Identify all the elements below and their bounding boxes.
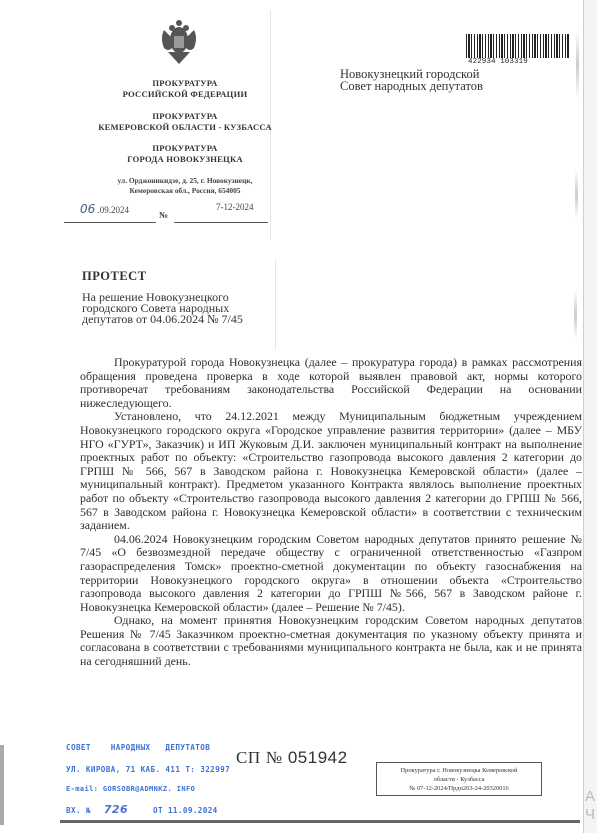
- edge-char: А: [585, 788, 595, 805]
- scan-page-edge: А Ч: [583, 0, 597, 833]
- incoming-from-label: ОТ: [153, 806, 163, 815]
- address-line: ул. Орджоникидзе, д. 25, г. Новокузнецк,: [70, 176, 300, 186]
- org-name-rf: ПРОКУРАТУРА РОССИЙСКОЙ ФЕДЕРАЦИИ: [70, 78, 300, 100]
- registration-stamp-box: Прокуратура г. Новокузнецка Кемеровской …: [376, 762, 542, 796]
- sp-number: СП № 051942: [236, 748, 348, 768]
- number-underline: [174, 222, 268, 223]
- edge-char: Ч: [585, 806, 595, 823]
- subject-line: депутатов от 04.06.2024 № 7/45: [82, 314, 282, 325]
- org-name-city: ПРОКУРАТУРА ГОРОДА НОВОКУЗНЕЦКА: [70, 143, 300, 165]
- org-line: ПРОКУРАТУРА: [70, 78, 300, 89]
- incoming-no-label: ВХ. №: [66, 806, 91, 815]
- barcode: [466, 34, 570, 58]
- incoming-stamp-registration: ВХ. № 726 ОТ 11.09.2024: [66, 803, 218, 816]
- registration-line: Прокуратура г. Новокузнецка Кемеровской: [377, 766, 541, 775]
- incoming-stamp-line: СОВЕТ НАРОДНЫХ ДЕПУТАТОВ: [66, 743, 210, 752]
- scan-smudge: [575, 170, 578, 220]
- sp-prefix: СП: [236, 748, 261, 767]
- org-line: КЕМЕРОВСКОЙ ОБЛАСТИ - КУЗБАССА: [70, 122, 300, 133]
- barcode-number: 422934 103319: [468, 58, 528, 66]
- date-underline: [64, 222, 156, 223]
- footer-divider: [60, 820, 580, 823]
- coat-of-arms-emblem: [156, 18, 202, 68]
- outgoing-number: 7-12-2024: [216, 202, 254, 212]
- handwritten-day: 06: [80, 202, 95, 216]
- org-line: ПРОКУРАТУРА: [70, 111, 300, 122]
- org-name-region: ПРОКУРАТУРА КЕМЕРОВСКОЙ ОБЛАСТИ - КУЗБАС…: [70, 111, 300, 133]
- printed-date: .09.2024: [98, 205, 130, 215]
- sp-value: 051942: [288, 748, 348, 767]
- org-line: РОССИЙСКОЙ ФЕДЕРАЦИИ: [70, 89, 300, 100]
- body-paragraph: 04.06.2024 Новокузнецким городским Совет…: [80, 533, 582, 615]
- incoming-number-handwritten: 726: [104, 803, 128, 816]
- scan-smudge: [574, 290, 577, 340]
- document-subject: На решение Новокузнецкого городского Сов…: [82, 292, 282, 325]
- address-line: Кемеровская обл., Россия, 654005: [70, 186, 300, 196]
- document-body: Прокуратурой города Новокузнецка (далее …: [80, 356, 582, 669]
- org-line: ПРОКУРАТУРА: [70, 143, 300, 154]
- org-address: ул. Орджоникидзе, д. 25, г. Новокузнецк,…: [70, 176, 300, 196]
- scan-smudge: [576, 30, 579, 100]
- number-sign: №: [159, 210, 168, 220]
- addressee: Новокузнецкий городской Совет народных д…: [340, 68, 483, 92]
- incoming-stamp-line: УЛ. КИРОВА, 71 КАБ. 411 Т: 322997: [66, 765, 230, 774]
- addressee-line: Совет народных депутатов: [340, 80, 483, 92]
- outgoing-date: 06 .09.2024: [80, 202, 129, 216]
- body-paragraph: Однако, на момент принятия Новокузнецким…: [80, 614, 582, 668]
- incoming-stamp-email: E-mail: GORSOBR@ADMNKZ. INFO: [66, 785, 195, 793]
- sp-sign: №: [266, 748, 283, 767]
- registration-line: № 07-12-2024/Прдп263-24-20320016: [377, 784, 541, 793]
- body-paragraph: Прокуратурой города Новокузнецка (далее …: [80, 356, 582, 410]
- body-paragraph: Установлено, что 24.12.2021 между Муници…: [80, 410, 582, 532]
- org-line: ГОРОДА НОВОКУЗНЕЦКА: [70, 154, 300, 165]
- registration-line: области - Кузбасса: [377, 775, 541, 784]
- document-title: ПРОТЕСТ: [82, 269, 147, 284]
- incoming-date: 11.09.2024: [168, 806, 218, 815]
- scan-left-edge: [0, 745, 4, 825]
